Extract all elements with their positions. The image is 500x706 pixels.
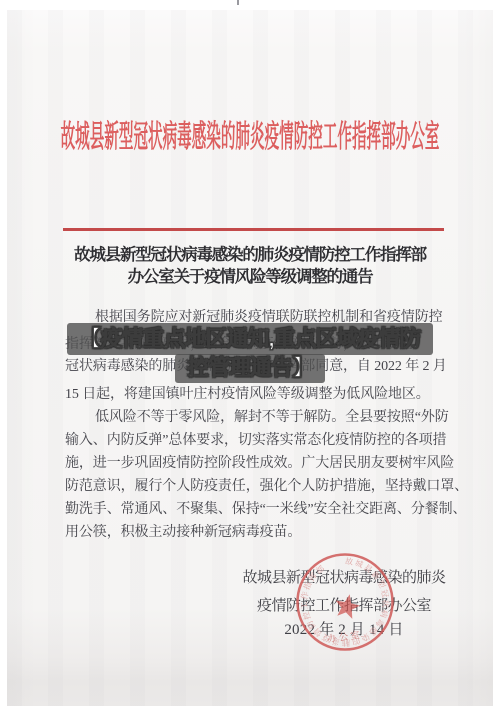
body-line: 15 日起，将建国镇叶庄村疫情风险等级调整为低风险地区。 (65, 387, 430, 403)
red-divider-line (63, 228, 444, 231)
body-line: 施，进一步巩固疫情防控阶段性成效。广大居民朋友要树牢风险 (65, 456, 454, 472)
top-edge-artifact (237, 0, 239, 5)
body-line: 输入、内防反弹”总体要求，切实落实常态化疫情防控的各项措 (65, 433, 446, 449)
caption-line1: 【疫情重点地区通知,重点区域疫情防 (67, 323, 432, 355)
body-line: 低风险不等于零风险，解封不等于解防。全县要按照“外防 (95, 410, 449, 426)
body-line: 防范意识，履行个人防疫责任，强化个人防护措施，坚持戴口罩、 (65, 479, 468, 495)
letterhead-org-name: 故城县新型冠状病毒感染的肺炎疫情防控工作指挥部办公室 (61, 111, 440, 156)
doc-title-line2: 办公室关于疫情风险等级调整的通告 (0, 263, 500, 287)
caption-line2: 控管理通告】 (175, 354, 325, 383)
body-line: 勤洗手、常通风、不聚集、保持“一米线”安全社交距离、分餐制、 (65, 502, 466, 518)
official-red-seal-icon: 故城县新型冠状病毒感染的肺炎疫情防控工作指挥部 办公室 (293, 550, 397, 654)
letterhead: 故城县新型冠状病毒感染的肺炎疫情防控工作指挥部办公室 (0, 111, 500, 156)
screenshot-root: 故城县新型冠状病毒感染的肺炎疫情防控工作指挥部办公室 故城县新型冠状病毒感染的肺… (0, 0, 500, 706)
doc-title-line1: 故城县新型冠状病毒感染的肺炎疫情防控工作指挥部 (0, 241, 500, 265)
seal-star-icon (336, 594, 360, 619)
caption-overlay: 【疫情重点地区通知,重点区域疫情防 控管理通告】 (0, 323, 500, 383)
body-line: 用公筷，积极主动接种新冠病毒疫苗。 (65, 525, 301, 541)
